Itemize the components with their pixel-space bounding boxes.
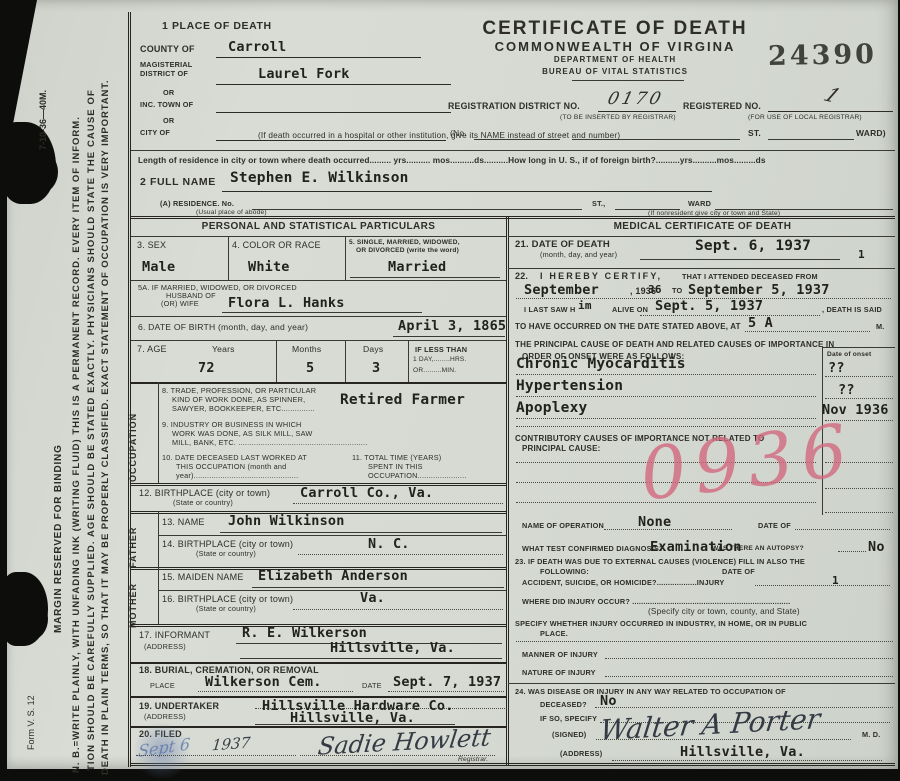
rule xyxy=(240,658,502,659)
district-label: DISTRICT OF xyxy=(140,69,188,78)
spouse-label-1: 5A. IF MARRIED, WIDOWED, OR DIVORCED xyxy=(138,283,297,292)
section-divider xyxy=(131,216,895,219)
spouse-value: Flora L. Hanks xyxy=(228,295,345,311)
full-name-label: 2 FULL NAME xyxy=(140,176,216,188)
birthplace-label: 12. BIRTHPLACE (city or town) xyxy=(139,488,270,498)
dotted-line xyxy=(825,376,893,377)
father-birthplace-value: N. C. xyxy=(368,536,410,552)
industry-label-2: WORK WAS DONE, AS SILK MILL, SAW xyxy=(172,429,312,438)
spouse-label-3: (OR) WIFE xyxy=(161,299,199,308)
magisterial-label: MAGISTERIAL xyxy=(140,60,192,69)
attended-from-value: September xyxy=(524,282,599,298)
inc-town-underline xyxy=(216,112,451,113)
print-code: 7-10-36—40M. xyxy=(38,90,48,150)
cell-divider xyxy=(158,567,159,625)
mother-birthplace-value: Va. xyxy=(360,590,385,606)
dotted-line xyxy=(293,609,503,610)
injury-stray-mark: 1 xyxy=(832,574,839,587)
principal-cause-label-1: THE PRINCIPAL CAUSE OF DEATH AND RELATED… xyxy=(515,340,834,349)
where-injury-label: WHERE DID INJURY OCCUR? ................… xyxy=(522,597,790,606)
rule xyxy=(158,590,506,591)
scanned-death-certificate: 7-10-36—40M. Form V. S. 12 MARGIN RESERV… xyxy=(0,0,900,781)
date-of-death-value: Sept. 6, 1937 xyxy=(695,238,811,254)
marital-value: Married xyxy=(388,259,446,275)
filed-year-handwritten: 1937 xyxy=(211,734,251,755)
dotted-line xyxy=(755,585,890,586)
certify-rest: THAT I ATTENDED DECEASED FROM xyxy=(682,272,818,281)
total-time-label-2: SPENT IN THIS xyxy=(368,462,423,471)
dotted-line xyxy=(198,691,353,692)
street-ward-label: WARD) xyxy=(856,128,886,138)
color-race-label: 4. COLOR OR RACE xyxy=(232,240,321,250)
cell-divider xyxy=(158,511,159,568)
rule xyxy=(822,347,895,348)
rule xyxy=(255,724,455,725)
sex-value: Male xyxy=(142,259,175,275)
rule xyxy=(220,532,502,533)
occurred-label: TO HAVE OCCURRED ON THE DATE STATED ABOV… xyxy=(515,322,741,331)
rule xyxy=(158,535,506,536)
residence-ward-label: WARD xyxy=(688,199,711,208)
related-label-2: DECEASED? xyxy=(540,700,587,709)
specify-label-1: SPECIFY WHETHER INJURY OCCURRED IN INDUS… xyxy=(515,619,807,628)
department-line: DEPARTMENT OF HEALTH xyxy=(450,55,780,64)
trade-label-1: 8. TRADE, PROFESSION, OR PARTICULAR xyxy=(162,386,316,395)
cause-2-onset: ?? xyxy=(838,382,855,398)
father-birthplace-label: 14. BIRTHPLACE (city or town) xyxy=(162,539,293,549)
torn-blob-upper-2 xyxy=(20,150,58,194)
last-saw-value: Sept. 5, 1937 xyxy=(655,298,763,314)
district-underline xyxy=(216,84,451,85)
age-months-value: 5 xyxy=(306,360,314,376)
where-injury-note: (Specify city or town, county, and State… xyxy=(648,607,800,616)
rule xyxy=(131,340,506,341)
father-birthplace-note: (State or country) xyxy=(196,549,256,558)
place-of-death-label: 1 PLACE OF DEATH xyxy=(162,20,272,32)
residence-st-label: ST., xyxy=(592,199,605,208)
age-label: 7. AGE xyxy=(137,344,167,354)
district-value: Laurel Fork xyxy=(258,66,350,82)
cause-1-name: Chronic Myocarditis xyxy=(516,356,686,372)
undertaker-address-label: (ADDRESS) xyxy=(144,712,186,721)
full-name-underline xyxy=(222,191,712,192)
county-value: Carroll xyxy=(228,39,286,55)
marital-label-1: 5. SINGLE, MARRIED, WIDOWED, xyxy=(349,239,460,246)
death-said-label: , DEATH IS SAID xyxy=(822,305,882,314)
nature-of-injury-label: NATURE OF INJURY xyxy=(522,668,596,677)
local-registrar-note: (FOR USE OF LOCAL REGISTRAR) xyxy=(748,114,862,121)
onset-column-header: Date of onset xyxy=(827,351,871,358)
contributory-label-2: PRINCIPAL CAUSE: xyxy=(522,444,600,453)
marital-label-2: OR DIVORCED (write the word) xyxy=(356,247,459,254)
dotted-line xyxy=(293,503,503,504)
occurred-m-label: M. xyxy=(876,322,885,331)
margin-binding-note: MARGIN RESERVED FOR BINDING xyxy=(53,444,64,633)
bottom-border xyxy=(131,763,895,766)
age-days-value: 3 xyxy=(372,360,380,376)
last-saw-him-typed: im xyxy=(578,299,592,312)
dob-label: 6. DATE OF BIRTH (month, day, and year) xyxy=(138,322,308,332)
dotted-line xyxy=(745,331,870,332)
medical-section-title: MEDICAL CERTIFICATE OF DEATH xyxy=(510,221,895,232)
rule xyxy=(131,382,506,384)
certify-emphasis: I HEREBY CERTIFY, xyxy=(540,271,662,281)
certify-number: 22. xyxy=(515,271,528,281)
cell-divider xyxy=(345,236,346,280)
age-months-header: Months xyxy=(292,344,321,354)
physician-address-value: Hillsville, Va. xyxy=(680,744,805,760)
city-label: CITY OF xyxy=(140,128,170,137)
cause-3-name: Apoplexy xyxy=(516,400,587,416)
if-less-label-2: 1 DAY,........HRS. xyxy=(413,356,467,363)
dotted-line xyxy=(838,551,866,552)
mother-name-value: Elizabeth Anderson xyxy=(258,568,408,584)
rule xyxy=(393,336,505,337)
rule xyxy=(222,312,422,313)
reg-district-underline xyxy=(598,111,676,112)
father-name-value: John Wilkinson xyxy=(228,513,345,529)
manner-of-injury-label: MANNER OF INJURY xyxy=(522,650,598,659)
father-side-label: FATHER xyxy=(128,527,138,568)
street-ward-line xyxy=(768,139,854,140)
rule xyxy=(131,662,506,664)
or-label-1: OR xyxy=(163,88,174,97)
burial-date-value: Sept. 7, 1937 xyxy=(393,674,501,690)
registered-no-underline xyxy=(768,111,893,112)
or-label-2: OR xyxy=(163,116,174,125)
date-of-death-note: (month, day, and year) xyxy=(540,250,617,259)
street-no-paren: (No. xyxy=(450,128,467,138)
last-saw-label: I LAST SAW H xyxy=(524,305,575,314)
reg-district-value: 0170 xyxy=(606,89,666,109)
personal-section-title: PERSONAL AND STATISTICAL PARTICULARS xyxy=(131,221,506,232)
cell-divider xyxy=(408,340,409,382)
test-value: Examination xyxy=(650,539,742,555)
occurred-value: 5 A xyxy=(748,315,773,331)
rule xyxy=(508,683,895,684)
dotted-line xyxy=(298,554,503,555)
operation-value: None xyxy=(638,514,671,530)
alive-on-label: ALIVE ON xyxy=(612,305,648,314)
county-label: COUNTY OF xyxy=(140,44,195,54)
signed-label: (SIGNED) xyxy=(552,730,586,739)
father-name-label: 13. NAME xyxy=(162,517,205,527)
bureau-underline xyxy=(572,80,684,81)
if-less-label-3: OR.........MIN. xyxy=(413,367,456,374)
dob-value: April 3, 1865 xyxy=(398,318,506,334)
margin-nb-line1: N. B.=WRITE PLAINLY, WITH UNFADING INK (… xyxy=(71,116,82,773)
rule xyxy=(640,259,840,260)
inc-town-label: INC. TOWN OF xyxy=(140,100,193,109)
county-underline xyxy=(216,57,421,58)
commonwealth-subtitle: COMMONWEALTH OF VIRGINA xyxy=(450,39,780,54)
informant-value: R. E. Wilkerson xyxy=(242,625,367,641)
form-left-border xyxy=(128,12,131,767)
industry-label-3: MILL, BANK, ETC. .......................… xyxy=(172,438,367,447)
date-of-death-label: 21. DATE OF DEATH xyxy=(515,239,610,250)
age-days-header: Days xyxy=(363,344,383,354)
mother-name-label: 15. MAIDEN NAME xyxy=(162,572,244,582)
accident-label: ACCIDENT, SUICIDE, OR HOMICIDE?.........… xyxy=(522,578,725,587)
rule xyxy=(252,587,504,588)
last-worked-label-2: THIS OCCUPATION (month and xyxy=(176,462,286,471)
industry-label-1: 9. INDUSTRY OR BUSINESS IN WHICH xyxy=(162,420,302,429)
mother-side-label: MOTHER xyxy=(128,583,138,628)
dotted-line xyxy=(516,396,816,397)
color-race-value: White xyxy=(248,259,290,275)
city-underline xyxy=(216,140,446,141)
operation-date-label: DATE OF xyxy=(758,521,791,530)
cell-divider xyxy=(276,340,277,382)
street-st-label: ST. xyxy=(748,128,761,138)
cause-1-onset: ?? xyxy=(828,360,845,376)
attended-year-typed: 36 xyxy=(648,283,662,296)
attended-to-label: TO xyxy=(672,286,682,295)
last-worked-label-1: 10. DATE DECEASED LAST WORKED AT xyxy=(162,453,307,462)
street-no-line xyxy=(474,139,560,140)
dotted-line xyxy=(516,374,816,375)
age-years-value: 72 xyxy=(198,360,215,376)
date-of-death-stray-mark: 1 xyxy=(858,248,865,261)
dotted-line xyxy=(825,398,893,399)
total-time-label-1: 11. TOTAL TIME (YEARS) xyxy=(352,453,441,462)
bureau-line: BUREAU OF VITAL STATISTICS xyxy=(450,67,780,76)
dotted-line xyxy=(605,676,893,677)
rule xyxy=(131,316,506,317)
rule xyxy=(131,236,506,237)
registered-no-label: REGISTERED NO. xyxy=(683,101,761,111)
trade-label-2: KIND OF WORK DONE, AS SPINNER, xyxy=(172,395,305,404)
registrar-label: Registrar. xyxy=(458,756,488,763)
cell-divider xyxy=(158,382,159,484)
mother-birthplace-label: 16. BIRTHPLACE (city or town) xyxy=(162,594,293,604)
certificate-number-stamp: 24390 xyxy=(768,39,877,72)
if-so-specify-label: IF SO, SPECIFY xyxy=(540,714,597,723)
dotted-line xyxy=(596,739,851,740)
specify-label-2: PLACE. xyxy=(540,629,568,638)
residence-line xyxy=(252,209,582,210)
dotted-line xyxy=(825,512,893,513)
occupation-side-label: OCCUPATION xyxy=(128,413,138,482)
abode-note: (Usual place of abode) xyxy=(196,209,267,216)
rule xyxy=(508,236,895,237)
rule xyxy=(350,277,500,278)
attended-to-value: September 5, 1937 xyxy=(688,282,830,298)
undertaker-label: 19. UNDERTAKER xyxy=(139,701,219,711)
external-label-2: FOLLOWING: xyxy=(540,567,589,576)
dotted-line xyxy=(612,760,882,761)
birthplace-note: (State or country) xyxy=(173,498,233,507)
residence-length-line: Length of residence in city or town wher… xyxy=(138,155,766,165)
cause-2-name: Hypertension xyxy=(516,378,623,394)
burial-date-label: DATE xyxy=(362,681,382,690)
trade-value: Retired Farmer xyxy=(340,392,465,408)
cell-divider xyxy=(228,236,229,280)
reg-district-label: REGISTRATION DISTRICT NO. xyxy=(448,101,580,111)
torn-blob-lower-2 xyxy=(14,598,48,640)
informant-address-value: Hillsville, Va. xyxy=(330,640,455,656)
external-label-1: 23. IF DEATH WAS DUE TO EXTERNAL CAUSES … xyxy=(515,557,805,566)
burial-place-value: Wilkerson Cem. xyxy=(205,674,322,690)
test-label: WHAT TEST CONFIRMED DIAGNOSIS? xyxy=(522,544,664,553)
if-less-label-1: IF LESS THAN xyxy=(415,345,467,354)
operation-label: NAME OF OPERATION xyxy=(522,521,604,530)
dotted-line xyxy=(388,691,504,692)
dotted-line xyxy=(795,529,890,530)
cell-divider xyxy=(345,340,346,382)
dotted-line xyxy=(516,641,893,642)
header-divider-rule xyxy=(131,150,895,151)
last-worked-label-3: year)...................................… xyxy=(176,471,298,480)
street-period: . xyxy=(564,128,566,137)
rule xyxy=(508,268,895,269)
informant-label: 17. INFORMANT xyxy=(139,630,210,640)
sex-label: 3. SEX xyxy=(137,240,166,250)
dotted-line xyxy=(136,755,296,756)
burial-place-label: PLACE xyxy=(150,681,175,690)
rule xyxy=(131,280,506,281)
margin-nb-line2: TION SHOULD BE CAREFULLY SUPPLIED. AGE S… xyxy=(86,89,97,771)
dotted-line xyxy=(640,315,820,316)
date-of-injury-label: DATE OF xyxy=(722,567,755,576)
margin-nb-line3: DEATH IN PLAIN TERMS, SO THAT IT MAY BE … xyxy=(100,80,111,775)
physician-address-label: (ADDRESS) xyxy=(560,749,602,758)
mother-birthplace-note: (State or country) xyxy=(196,604,256,613)
related-label-1: 24. WAS DISEASE OR INJURY IN ANY WAY REL… xyxy=(515,687,786,696)
inserted-by-registrar-note: (TO BE INSERTED BY REGISTRAR) xyxy=(560,114,676,121)
autopsy-value: No xyxy=(868,539,885,555)
residence-a-label: (A) RESIDENCE. No. xyxy=(160,199,234,208)
dotted-line xyxy=(605,658,893,659)
full-name-value: Stephen E. Wilkinson xyxy=(230,170,409,186)
trade-label-3: SAWYER, BOOKKEEPER, ETC............... xyxy=(172,404,315,413)
total-time-label-3: OCCUPATION...................... xyxy=(368,471,467,480)
md-label: M. D. xyxy=(862,730,880,739)
informant-address-label: (ADDRESS) xyxy=(144,642,186,651)
birthplace-value: Carroll Co., Va. xyxy=(300,485,433,501)
certificate-title: CERTIFICATE OF DEATH xyxy=(450,18,780,40)
form-number: Form V. S. 12 xyxy=(26,695,36,750)
age-years-header: Years xyxy=(212,344,235,354)
street-name-line xyxy=(572,139,740,140)
